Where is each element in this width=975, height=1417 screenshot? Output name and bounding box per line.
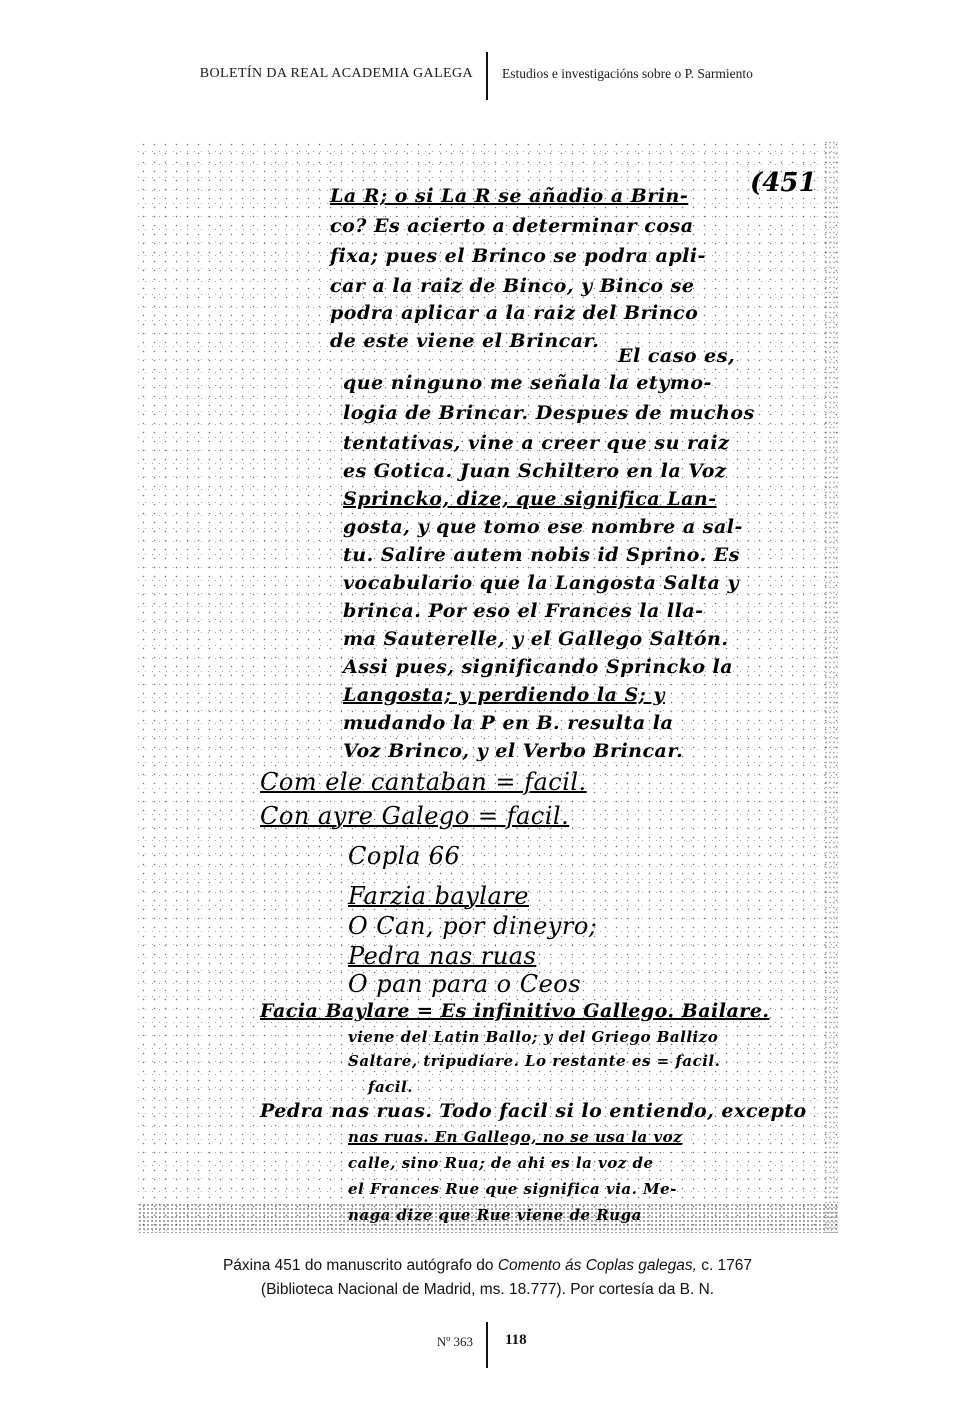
- manuscript-line: car a la raiz de Binco, y Binco se: [330, 275, 694, 297]
- manuscript-line: Facia Baylare = Es infinitivo Gallego. B…: [260, 1000, 769, 1022]
- manuscript-line: Pedra nas ruas: [348, 942, 536, 970]
- manuscript-line: calle, sino Rua; de ahi es la voz de: [348, 1154, 654, 1172]
- manuscript-line: O Can, por dineyro;: [348, 912, 597, 940]
- manuscript-line: fixa; pues el Brinco se podra apli-: [330, 245, 706, 267]
- manuscript-line: viene del Latin Ballo; y del Griego Ball…: [348, 1028, 718, 1046]
- manuscript-line: tu. Salire autem nobis id Sprino. Es: [343, 544, 740, 566]
- running-footer: Nº 363 118: [0, 1322, 975, 1368]
- manuscript-line: La R; o si La R se añadio a Brin-: [330, 185, 688, 207]
- manuscript-facsimile-image: (451 La R; o si La R se añadio a Brin-co…: [138, 140, 838, 1233]
- manuscript-line: ma Sauterelle, y el Gallego Saltón.: [343, 628, 728, 650]
- footer-divider: [486, 1322, 488, 1368]
- journal-title: BOLETÍN DA REAL ACADEMIA GALEGA: [200, 66, 473, 82]
- manuscript-line: podra aplicar a la raiz del Brinco: [330, 302, 698, 324]
- manuscript-line: Sprincko, dize, que significa Lan-: [343, 488, 717, 510]
- caption-line-1: Páxina 451 do manuscrito autógrafo do Co…: [0, 1254, 975, 1278]
- manuscript-line: O pan para o Ceos: [348, 970, 581, 998]
- running-header: BOLETÍN DA REAL ACADEMIA GALEGA Estudios…: [0, 52, 975, 100]
- header-divider: [486, 52, 488, 100]
- manuscript-line: co? Es acierto a determinar cosa: [330, 215, 694, 237]
- manuscript-scan-edge: [824, 140, 838, 1233]
- caption-date: c. 1767: [697, 1257, 752, 1274]
- manuscript-line: mudando la P en B. resulta la: [343, 712, 673, 734]
- caption-work-title: Comento ás Coplas galegas,: [498, 1257, 697, 1274]
- manuscript-line: facil.: [368, 1078, 413, 1096]
- manuscript-line: Cosa clara: salta a los ojos. Re: [348, 1232, 619, 1233]
- manuscript-line: Langosta; y perdiendo la S; y: [343, 684, 665, 706]
- manuscript-page-number: (451: [750, 168, 817, 198]
- caption-line-2: (Biblioteca Nacional de Madrid, ms. 18.7…: [0, 1278, 975, 1302]
- manuscript-line: el Frances Rue que significa via. Me-: [348, 1180, 677, 1198]
- section-title: Estudios e investigacións sobre o P. Sar…: [502, 66, 753, 82]
- manuscript-line: vocabulario que la Langosta Salta y: [343, 572, 739, 594]
- manuscript-line: gosta, y que tomo ese nombre a sal-: [343, 516, 743, 538]
- page-number: 118: [505, 1332, 527, 1349]
- manuscript-line: Voz Brinco, y el Verbo Brincar.: [343, 740, 683, 762]
- manuscript-line: tentativas, vine a creer que su raiz: [343, 432, 729, 454]
- manuscript-line: Com ele cantaban = facil.: [260, 768, 587, 796]
- manuscript-line: Farzia baylare: [348, 882, 529, 910]
- manuscript-line: que ninguno me señala la etymo-: [343, 372, 712, 394]
- manuscript-line: Saltare, tripudiare. Lo restante es = fa…: [348, 1052, 720, 1070]
- manuscript-line: Con ayre Galego = facil.: [260, 802, 569, 830]
- manuscript-line: El caso es,: [618, 345, 735, 367]
- manuscript-line: brinca. Por eso el Frances la lla-: [343, 600, 704, 622]
- caption-text: Páxina 451 do manuscrito autógrafo do: [223, 1257, 498, 1274]
- issue-number: Nº 363: [437, 1334, 473, 1350]
- manuscript-line: naga dize que Rue viene de Ruga: [348, 1206, 642, 1224]
- manuscript-line: es Gotica. Juan Schiltero en la Voz: [343, 460, 726, 482]
- manuscript-line: Pedra nas ruas. Todo facil si lo entiend…: [260, 1100, 807, 1122]
- manuscript-line: Assi pues, significando Sprincko la: [343, 656, 733, 678]
- manuscript-line: de este viene el Brincar.: [330, 330, 599, 352]
- manuscript-line: Copla 66: [348, 842, 460, 870]
- manuscript-line: nas ruas. En Gallego, no se usa la voz: [348, 1128, 682, 1146]
- figure-caption: Páxina 451 do manuscrito autógrafo do Co…: [0, 1254, 975, 1302]
- manuscript-line: logia de Brincar. Despues de muchos: [343, 402, 755, 424]
